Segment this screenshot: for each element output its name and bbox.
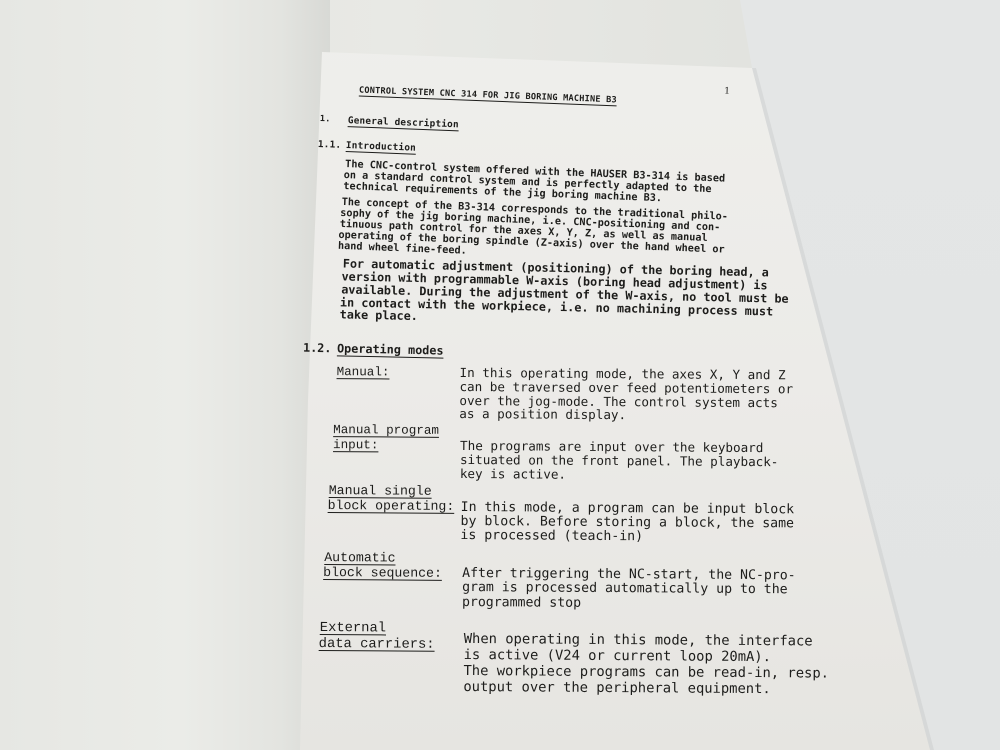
mode-label: Manual: [337,364,390,381]
mode-label: block sequence: [323,564,442,582]
mode-description-line: as a position display. [459,406,626,424]
mode-description-line: is processed (teach-in) [460,527,643,546]
mode-description-line: key is active. [460,466,566,483]
paragraph-line: take place. [340,307,418,323]
mode-label: data carriers: [319,636,435,654]
mode-description-line: programmed stop [462,594,581,612]
mode-description-line: output over the peripheral equipment. [463,679,770,699]
previous-page-curl [0,0,330,750]
section-1-1-number: 1.1. [318,139,342,151]
mode-label: block operating: [328,497,455,515]
section-1-2-heading: Operating modes [337,341,444,357]
page-number: 1 [724,87,730,97]
section-1-number: 1. [320,114,331,124]
section-1-2-number: 1.2. [303,341,332,356]
mode-label: input: [333,437,378,454]
